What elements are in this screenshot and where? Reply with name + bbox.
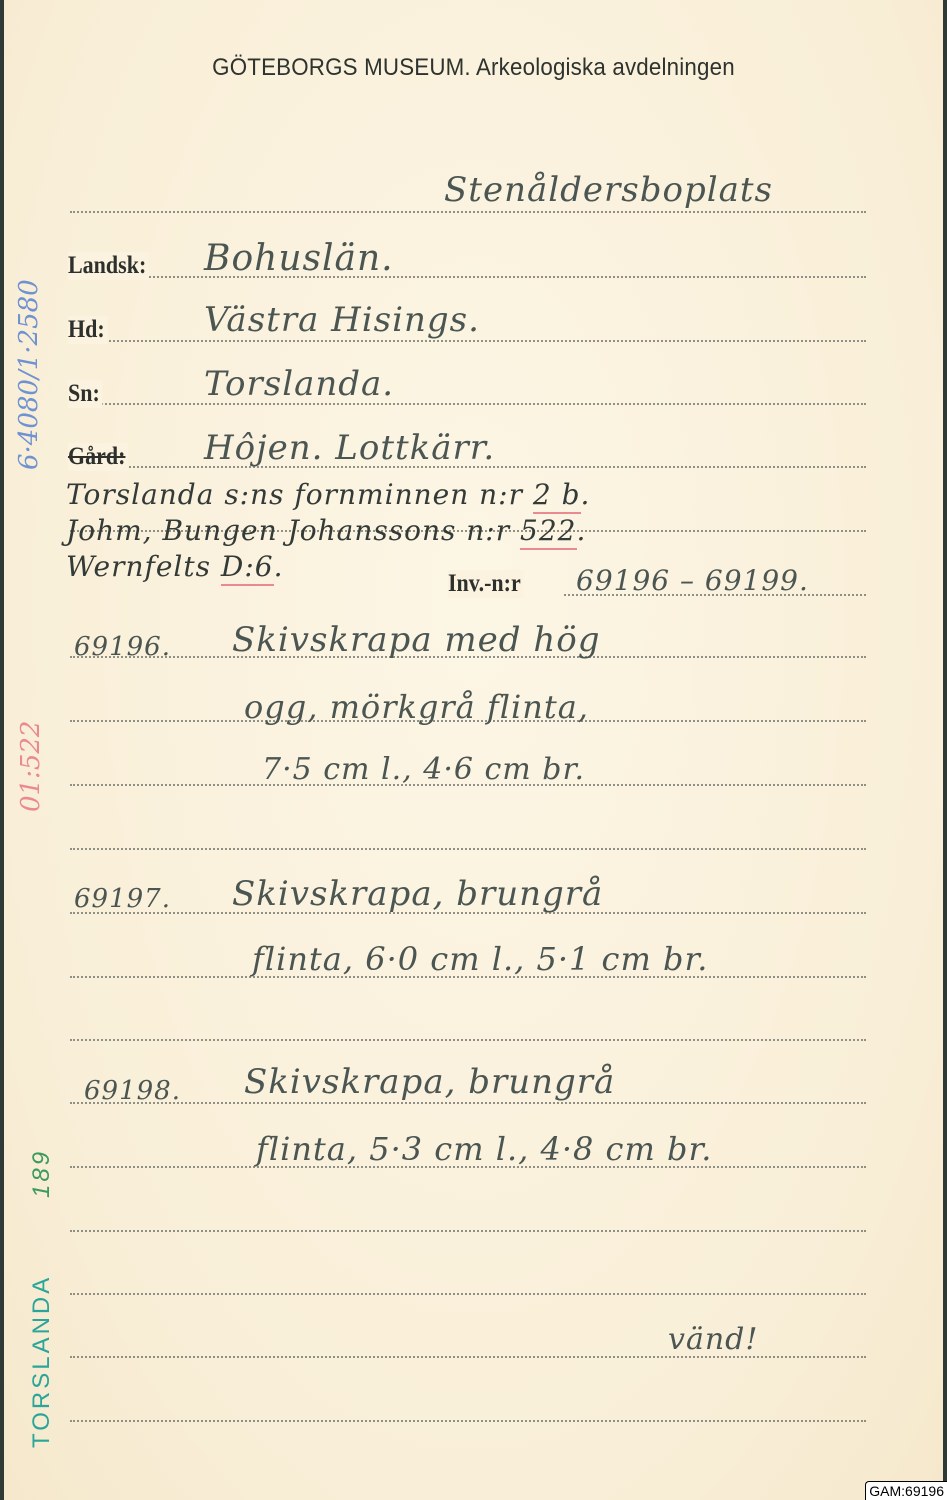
torslanda-stamp: TORSLANDA (28, 1275, 56, 1448)
category-line (70, 211, 866, 213)
field-line (70, 340, 866, 342)
field-label-gard: Gård: (68, 443, 128, 471)
museum-header: GÖTEBORGS MUSEUM. Arkeologiska avdelning… (37, 54, 910, 82)
field-value-gard: Hôjen. Lottkärr. (204, 428, 495, 468)
entry-text: ogg, mörkgrå flinta, (244, 688, 589, 726)
identifier-label: GAM:69196 (865, 1481, 947, 1500)
field-line (70, 403, 866, 405)
category-value: Stenåldersboplats (444, 170, 773, 210)
field-line (70, 276, 866, 278)
field-label-landsk: Landsk: (68, 252, 149, 280)
margin-red-note: 01:522 (16, 721, 46, 812)
entry-text: flinta, 6·0 cm l., 5·1 cm br. (252, 940, 708, 978)
reference-number: D:6 (221, 550, 274, 586)
field-value-sn: Torslanda. (204, 364, 394, 404)
stamp-number: 189 (28, 1149, 56, 1198)
entry-number: 69197. (74, 884, 171, 914)
entry-text: 7·5 cm l., 4·6 cm br. (262, 752, 585, 787)
entry-line (70, 848, 866, 850)
reference-number: 2 b (533, 478, 581, 514)
reference-text: Johm, Bungen Johanssons n:r (66, 514, 510, 547)
catalog-card: GÖTEBORGS MUSEUM. Arkeologiska avdelning… (4, 0, 943, 1500)
field-label-hd: Hd: (68, 316, 107, 344)
reference-line-2: Johm, Bungen Johanssons n:r 522. (66, 514, 586, 547)
inventory-value: 69196 – 69199. (576, 564, 809, 597)
entry-line (70, 1039, 866, 1041)
field-label-sn: Sn: (68, 380, 102, 408)
entry-line (70, 1420, 866, 1422)
entry-line (70, 1102, 866, 1104)
entry-text: Skivskrapa, brungrå (244, 1062, 615, 1102)
reference-line-3: Wernfelts D:6. (66, 550, 284, 583)
entry-line (70, 1293, 866, 1295)
reference-number: 522 (520, 514, 576, 550)
margin-blue-note: 6·4080/1·2580 (14, 279, 44, 470)
entry-number: 69198. (84, 1076, 181, 1106)
field-value-hd: Västra Hisings. (204, 300, 480, 340)
reference-line-1: Torslanda s:ns fornminnen n:r 2 b. (66, 478, 590, 511)
entry-text: Skivskrapa, brungrå (232, 874, 603, 914)
entry-line (70, 1230, 866, 1232)
reference-text: Torslanda s:ns fornminnen n:r (66, 478, 523, 511)
field-value-landsk: Bohuslän. (204, 238, 394, 279)
footer-note: vänd! (668, 1322, 758, 1357)
entry-number: 69196. (74, 632, 171, 662)
entry-text: flinta, 5·3 cm l., 4·8 cm br. (256, 1130, 712, 1168)
reference-text: Wernfelts (66, 550, 211, 583)
entry-text: Skivskrapa med hög (232, 620, 600, 660)
inventory-label: Inv.-n:r (448, 570, 523, 598)
